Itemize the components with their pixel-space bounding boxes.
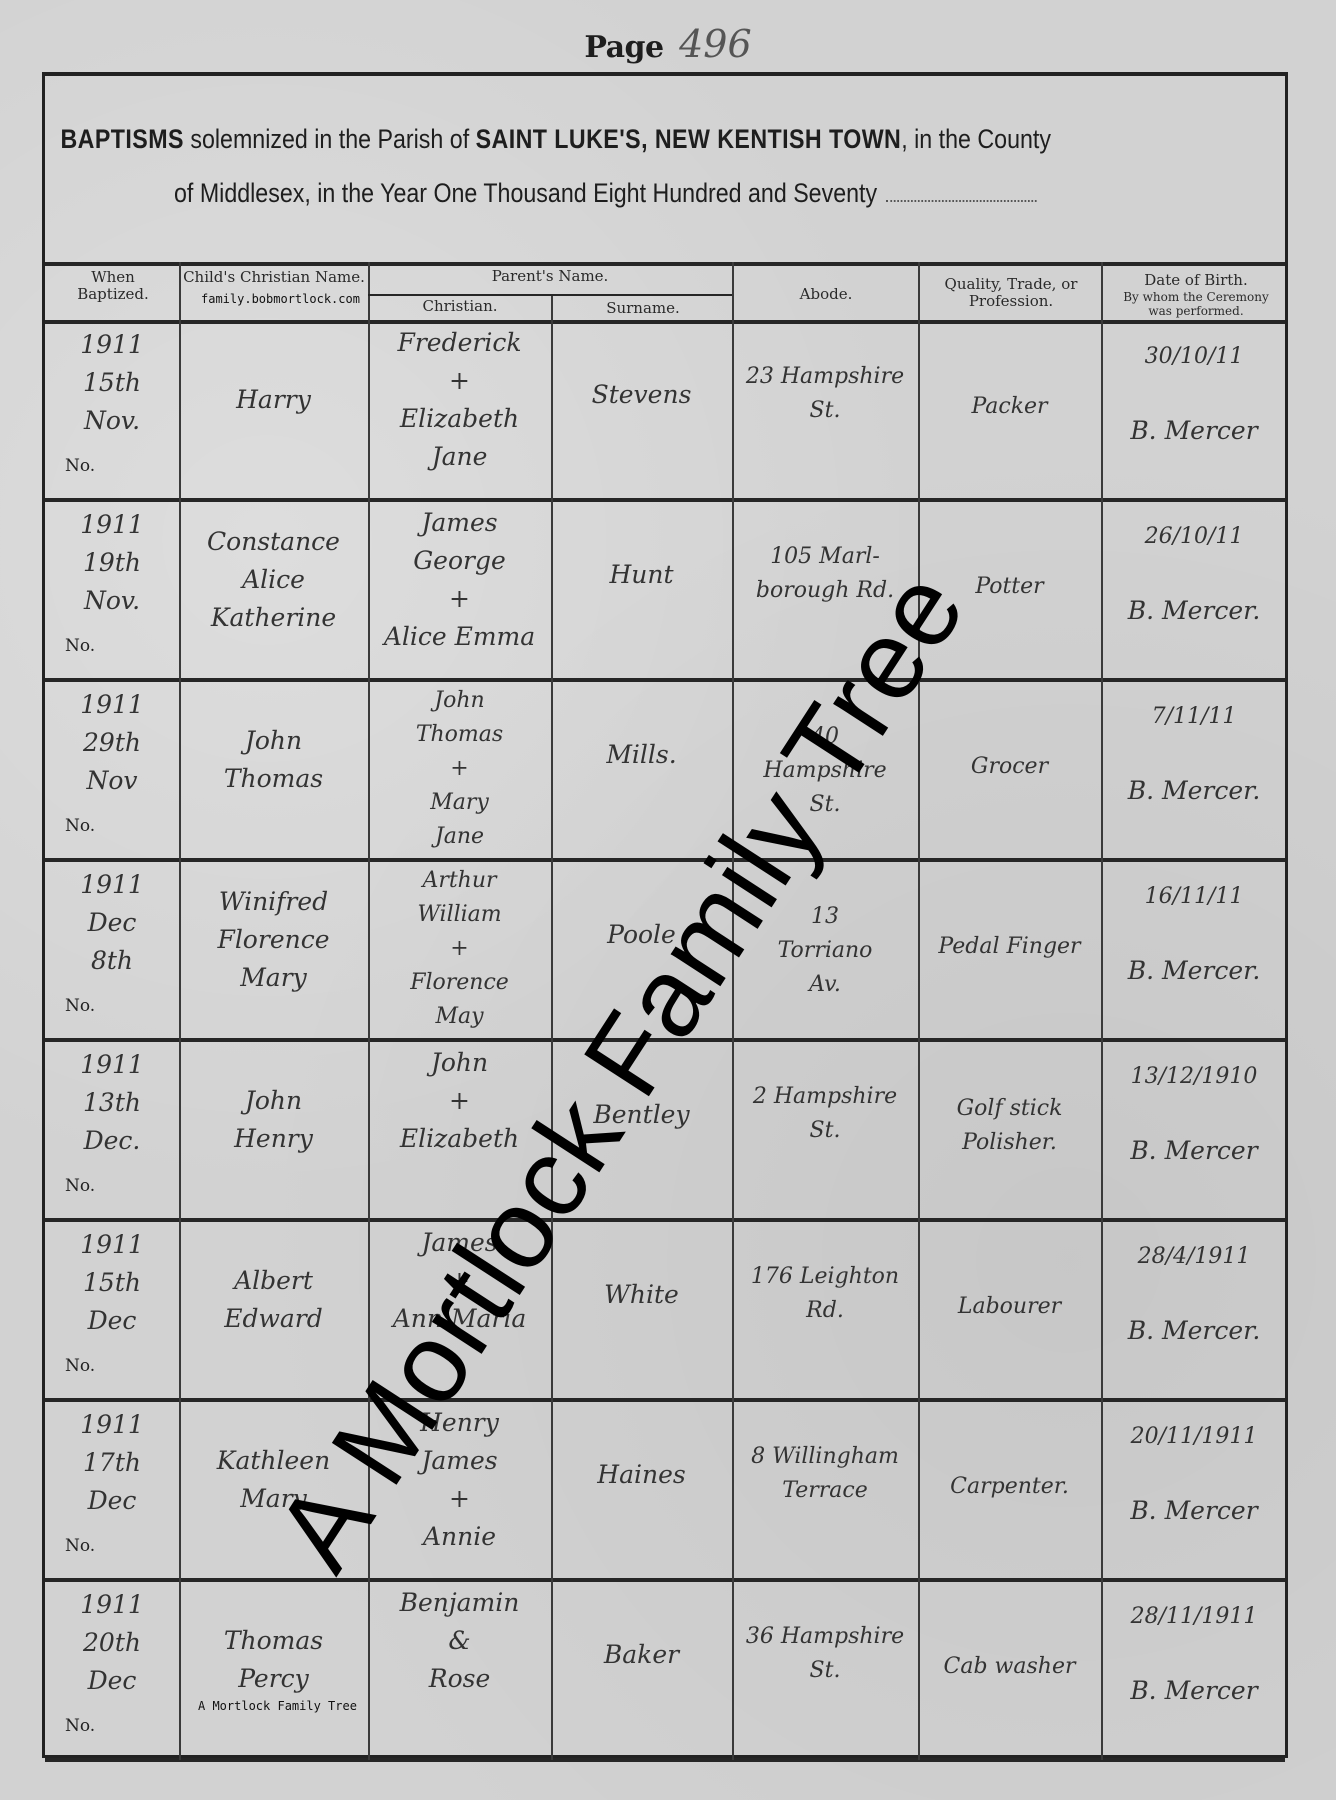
- rule-line: [45, 1578, 1285, 1582]
- parents-christian-names: John: [372, 684, 547, 718]
- profession: Potter: [922, 570, 1097, 604]
- entry-number-label: No.: [65, 1176, 95, 1196]
- officiant-signature: B. Mercer.: [1105, 952, 1283, 990]
- when-baptized: Nov: [49, 762, 175, 800]
- when-baptized: 1911: [49, 866, 175, 904]
- page-number: 496: [679, 22, 752, 66]
- when-baptized: 13th: [49, 1084, 175, 1122]
- abode: Hampshire: [736, 754, 914, 788]
- surname: Stevens: [555, 376, 728, 414]
- when-baptized: 1911: [49, 1046, 175, 1084]
- when-baptized: Nov.: [49, 582, 175, 620]
- child-christian-name: Thomas: [183, 1622, 364, 1660]
- profession: Golf stick: [922, 1092, 1097, 1126]
- surname: Mills.: [555, 736, 728, 774]
- date-of-birth: 28/11/1911: [1105, 1600, 1283, 1634]
- header-officiant: By whom the Ceremony was performed.: [1111, 290, 1281, 318]
- parents-christian-names: James: [372, 1224, 547, 1262]
- when-baptized: 19th: [49, 544, 175, 582]
- abode: 40: [736, 720, 914, 754]
- parents-christian-names: Thomas: [372, 718, 547, 752]
- parents-christian-names: Florence: [372, 966, 547, 1000]
- child-christian-name: Winifred: [183, 883, 364, 921]
- title-line-1: BAPTISMS solemnized in the Parish of SAI…: [60, 124, 1051, 155]
- profession: Grocer: [922, 750, 1097, 784]
- date-of-birth: 13/12/1910: [1105, 1060, 1283, 1094]
- parents-christian-names: +: [372, 362, 547, 400]
- header-when-baptized: When Baptized.: [63, 269, 163, 303]
- date-of-birth: 26/10/11: [1105, 520, 1283, 554]
- abode: 2 Hampshire: [736, 1080, 914, 1114]
- when-baptized: Dec.: [49, 1122, 175, 1160]
- child-christian-name: Harry: [183, 381, 364, 419]
- parents-christian-names: Jane: [372, 438, 547, 476]
- when-baptized: 1911: [49, 326, 175, 364]
- rule-line: [368, 294, 732, 296]
- header-parents-name: Parent's Name.: [370, 268, 730, 285]
- officiant-signature: B. Mercer: [1105, 1492, 1283, 1530]
- rule-line: [45, 1218, 1285, 1222]
- profession: Labourer: [922, 1290, 1097, 1324]
- child-christian-name: Constance: [183, 523, 364, 561]
- abode: 13: [736, 900, 914, 934]
- column-line: [732, 262, 734, 1760]
- rule-line: [45, 678, 1285, 682]
- header-quality-trade-profession: Quality, Trade, or Profession.: [935, 276, 1087, 310]
- officiant-signature: B. Mercer: [1105, 1672, 1283, 1710]
- profession: Cab washer: [922, 1650, 1097, 1684]
- parents-christian-names: Elizabeth: [372, 1120, 547, 1158]
- date-of-birth: 30/10/11: [1105, 340, 1283, 374]
- child-christian-name: Albert: [183, 1262, 364, 1300]
- parents-christian-names: Benjamin: [372, 1584, 547, 1622]
- when-baptized: 1911: [49, 1586, 175, 1624]
- rule-line: [45, 1038, 1285, 1042]
- surname: Haines: [555, 1456, 728, 1494]
- parents-christian-names: +: [372, 1480, 547, 1518]
- when-baptized: 1911: [49, 1226, 175, 1264]
- abode: Av.: [736, 968, 914, 1002]
- parents-christian-names: Jane: [372, 820, 547, 854]
- when-baptized: 29th: [49, 724, 175, 762]
- title-line-2: of Middlesex, in the Year One Thousand E…: [174, 178, 1036, 209]
- parents-christian-names: +: [372, 932, 547, 966]
- date-of-birth: 20/11/1911: [1105, 1420, 1283, 1454]
- surname: Baker: [555, 1636, 728, 1674]
- profession: Packer: [922, 390, 1097, 424]
- when-baptized: Dec: [49, 904, 175, 942]
- entry-number-label: No.: [65, 1536, 95, 1556]
- parents-christian-names: Henry: [372, 1404, 547, 1442]
- child-christian-name: Katherine: [183, 599, 364, 637]
- surname: White: [555, 1276, 728, 1314]
- parents-christian-names: Annie: [372, 1518, 547, 1556]
- parents-christian-names: May: [372, 1000, 547, 1034]
- child-christian-name: Mary: [183, 1480, 364, 1518]
- when-baptized: 1911: [49, 686, 175, 724]
- parents-christian-names: Rose: [372, 1660, 547, 1698]
- abode: Terrace: [736, 1474, 914, 1508]
- child-christian-name: Alice: [183, 561, 364, 599]
- when-baptized: 17th: [49, 1444, 175, 1482]
- rule-line: [45, 320, 1285, 324]
- surname: Bentley: [555, 1096, 728, 1134]
- header-childs-christian-name: Child's Christian Name.: [181, 269, 367, 286]
- officiant-signature: B. Mercer.: [1105, 772, 1283, 810]
- child-christian-name: Thomas: [183, 760, 364, 798]
- abode: Rd.: [736, 1294, 914, 1328]
- when-baptized: 15th: [49, 1264, 175, 1302]
- parents-christian-names: +: [372, 1082, 547, 1120]
- abode: Torriano: [736, 934, 914, 968]
- surname: Hunt: [555, 556, 728, 594]
- abode: St.: [736, 1654, 914, 1688]
- date-of-birth: 28/4/1911: [1105, 1240, 1283, 1274]
- abode: 23 Hampshire: [736, 360, 914, 394]
- parents-christian-names: Mary: [372, 786, 547, 820]
- parents-christian-names: Frederick: [372, 324, 547, 362]
- header-christian: Christian.: [370, 298, 550, 315]
- officiant-signature: B. Mercer.: [1105, 592, 1283, 630]
- parents-christian-names: Elizabeth: [372, 400, 547, 438]
- page-label: Page: [584, 30, 663, 65]
- entry-number-label: No.: [65, 1716, 95, 1736]
- parents-christian-names: William: [372, 898, 547, 932]
- child-christian-name: Percy: [183, 1660, 364, 1698]
- header-surname: Surname.: [553, 300, 733, 317]
- abode: borough Rd.: [736, 574, 914, 608]
- parents-christian-names: +: [372, 1262, 547, 1300]
- entry-number-label: No.: [65, 456, 95, 476]
- site-watermark: family.bobmortlock.com: [201, 292, 360, 306]
- parents-christian-names: Arthur: [372, 864, 547, 898]
- child-christian-name: Florence: [183, 921, 364, 959]
- rule-line: [45, 858, 1285, 862]
- parents-christian-names: +: [372, 752, 547, 786]
- officiant-signature: B. Mercer: [1105, 412, 1283, 450]
- profession: Polisher.: [922, 1126, 1097, 1160]
- rule-line: [45, 262, 1285, 266]
- footer-watermark: A Mortlock Family Tree: [198, 1699, 357, 1713]
- surname: Poole: [555, 916, 728, 954]
- abode: 176 Leighton: [736, 1260, 914, 1294]
- profession: Pedal Finger: [922, 930, 1097, 964]
- baptism-register-table: BAPTISMS solemnized in the Parish of SAI…: [42, 72, 1288, 1758]
- child-christian-name: Edward: [183, 1300, 364, 1338]
- child-christian-name: Henry: [183, 1120, 364, 1158]
- abode: 105 Marl-: [736, 540, 914, 574]
- column-line: [368, 262, 370, 1760]
- blank-year-field: [886, 200, 1037, 202]
- child-christian-name: Kathleen: [183, 1442, 364, 1480]
- abode: St.: [736, 788, 914, 822]
- parents-christian-names: James: [372, 504, 547, 542]
- column-line: [179, 262, 181, 1760]
- when-baptized: 15th: [49, 364, 175, 402]
- when-baptized: Dec: [49, 1482, 175, 1520]
- rule-line: [45, 498, 1285, 502]
- when-baptized: Dec: [49, 1302, 175, 1340]
- column-line: [1101, 262, 1103, 1760]
- rule-line: [45, 1758, 1285, 1762]
- parents-christian-names: &: [372, 1622, 547, 1660]
- when-baptized: 1911: [49, 1406, 175, 1444]
- entry-number-label: No.: [65, 996, 95, 1016]
- when-baptized: Nov.: [49, 402, 175, 440]
- rule-line: [45, 1398, 1285, 1402]
- abode: St.: [736, 394, 914, 428]
- when-baptized: 8th: [49, 942, 175, 980]
- column-line: [551, 296, 553, 1760]
- register-title: BAPTISMS solemnized in the Parish of SAI…: [45, 76, 1111, 262]
- officiant-signature: B. Mercer: [1105, 1132, 1283, 1170]
- officiant-signature: B. Mercer.: [1105, 1312, 1283, 1350]
- abode: 8 Willingham: [736, 1440, 914, 1474]
- parents-christian-names: Alice Emma: [372, 618, 547, 656]
- page-heading: Page 496: [0, 22, 1336, 66]
- entry-number-label: No.: [65, 1356, 95, 1376]
- when-baptized: 1911: [49, 506, 175, 544]
- child-christian-name: Mary: [183, 959, 364, 997]
- parents-christian-names: Ann Maria: [372, 1300, 547, 1338]
- header-abode: Abode.: [734, 286, 918, 303]
- entry-number-label: No.: [65, 816, 95, 836]
- when-baptized: Dec: [49, 1662, 175, 1700]
- child-christian-name: John: [183, 722, 364, 760]
- when-baptized: 20th: [49, 1624, 175, 1662]
- child-christian-name: John: [183, 1082, 364, 1120]
- column-line: [918, 262, 920, 1760]
- parents-christian-names: James: [372, 1442, 547, 1480]
- abode: 36 Hampshire: [736, 1620, 914, 1654]
- profession: Carpenter.: [922, 1470, 1097, 1504]
- date-of-birth: 7/11/11: [1105, 700, 1283, 734]
- abode: St.: [736, 1114, 914, 1148]
- date-of-birth: 16/11/11: [1105, 880, 1283, 914]
- parents-christian-names: George: [372, 542, 547, 580]
- parents-christian-names: John: [372, 1044, 547, 1082]
- parents-christian-names: +: [372, 580, 547, 618]
- entry-number-label: No.: [65, 636, 95, 656]
- header-date-of-birth: Date of Birth.: [1103, 272, 1289, 289]
